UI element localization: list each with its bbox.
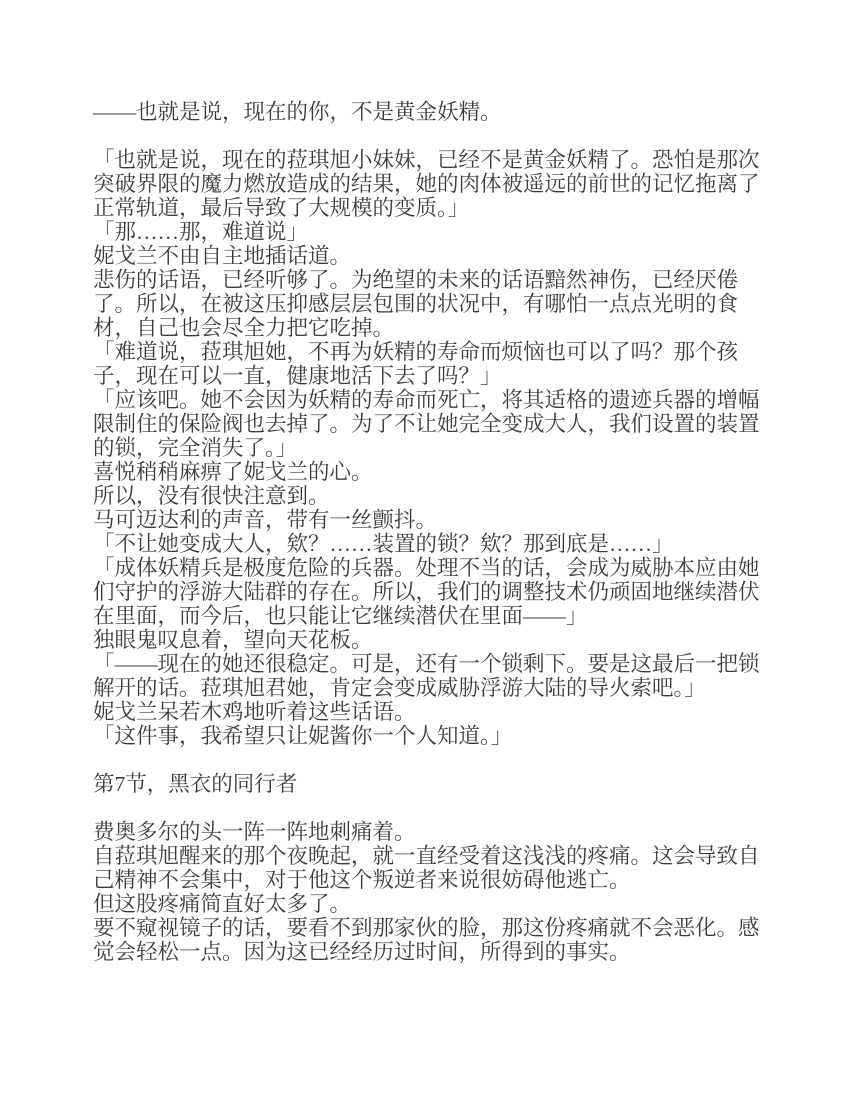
blank-line [93, 796, 773, 820]
novel-text-page: ——也就是说，现在的你，不是黄金妖精。 「也就是说，现在的菈琪旭小妹妹，已经不是… [93, 100, 773, 964]
paragraph: 「也就是说，现在的菈琪旭小妹妹，已经不是黄金妖精了。恐怕是那次突破界限的魔力燃放… [93, 148, 773, 220]
paragraph: 费奥多尔的头一阵一阵地刺痛着。 [93, 820, 773, 844]
blank-line [93, 748, 773, 772]
paragraph: 但这股疼痛简直好太多了。 [93, 892, 773, 916]
paragraph: 「难道说，菈琪旭她，不再为妖精的寿命而烦恼也可以了吗？那个孩子，现在可以一直，健… [93, 340, 773, 388]
paragraph: 「成体妖精兵是极度危险的兵器。处理不当的话，会成为威胁本应由她们守护的浮游大陆群… [93, 556, 773, 628]
paragraph: 妮戈兰呆若木鸡地听着这些话语。 [93, 700, 773, 724]
paragraph: 独眼鬼叹息着，望向天花板。 [93, 628, 773, 652]
paragraph: 所以，没有很快注意到。 [93, 484, 773, 508]
paragraph: 马可迈达利的声音，带有一丝颤抖。 [93, 508, 773, 532]
paragraph: 要不窥视镜子的话，要看不到那家伙的脸，那这份疼痛就不会恶化。感觉会轻松一点。因为… [93, 916, 773, 964]
paragraph: 悲伤的话语，已经听够了。为绝望的未来的话语黯然神伤，已经厌倦了。所以，在被这压抑… [93, 268, 773, 340]
opening-line: ——也就是说，现在的你，不是黄金妖精。 [93, 100, 773, 124]
paragraph: 「应该吧。她不会因为妖精的寿命而死亡，将其适格的遗迹兵器的增幅限制住的保险阀也去… [93, 388, 773, 460]
paragraph: 「不让她变成大人，欸？……装置的锁？欸？那到底是……」 [93, 532, 773, 556]
paragraph: 喜悦稍稍麻痹了妮戈兰的心。 [93, 460, 773, 484]
blank-line [93, 124, 773, 148]
section-heading: 第7节，黑衣的同行者 [93, 772, 773, 796]
paragraph: 「这件事，我希望只让妮酱你一个人知道。」 [93, 724, 773, 748]
page-background: { "page": { "background_color": "#ffffff… [0, 0, 850, 1100]
paragraph: 「——现在的她还很稳定。可是，还有一个锁剩下。要是这最后一把锁解开的话。菈琪旭君… [93, 652, 773, 700]
paragraph: 妮戈兰不由自主地插话道。 [93, 244, 773, 268]
paragraph: 自菈琪旭醒来的那个夜晚起，就一直经受着这浅浅的疼痛。这会导致自己精神不会集中，对… [93, 844, 773, 892]
paragraph: 「那……那，难道说」 [93, 220, 773, 244]
